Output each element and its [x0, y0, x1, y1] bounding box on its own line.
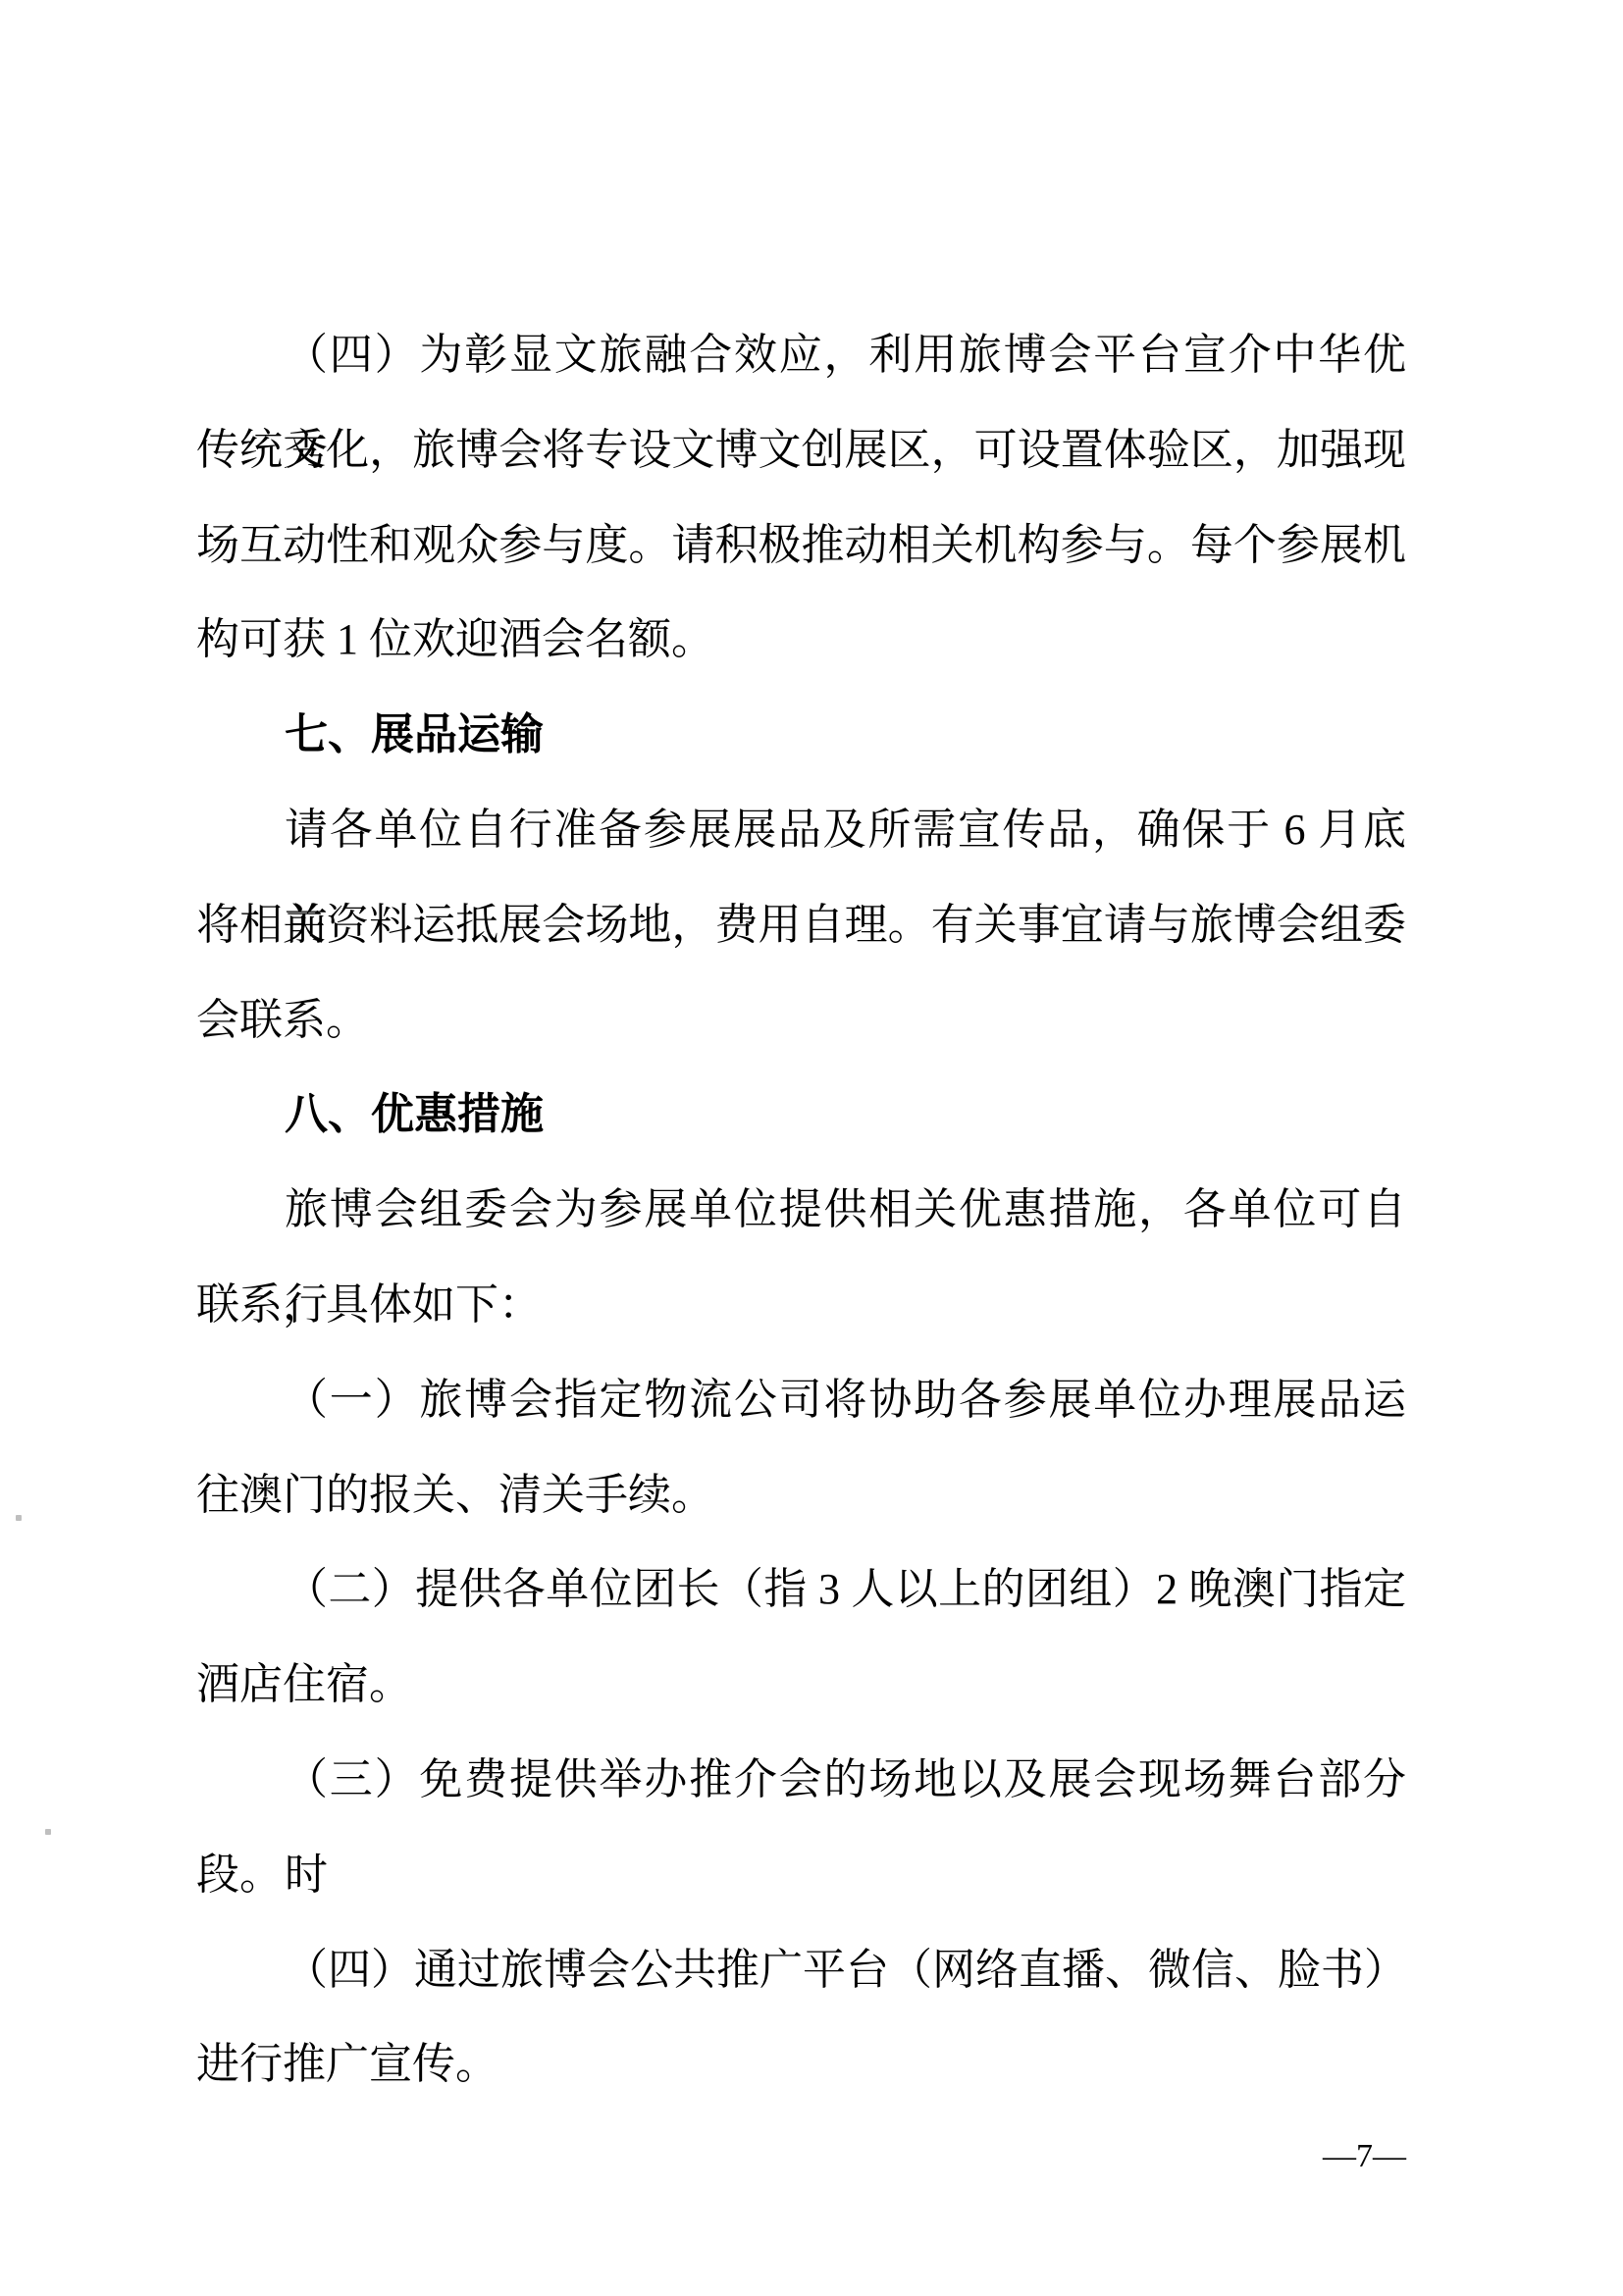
text-line: （二）提供各单位团长（指 3 人以上的团组）2 晚澳门指定	[196, 1542, 1406, 1638]
paragraph: （一）旅博会指定物流公司将协助各参展单位办理展品运往澳门的报关、清关手续。	[196, 1353, 1406, 1543]
text-line: 请各单位自行准备参展展品及所需宣传品，确保于 6 月底前	[196, 783, 1406, 878]
text-line: 会联系。	[196, 973, 1406, 1069]
scan-speckle	[45, 1829, 51, 1835]
text-line: 进行推广宣传。	[196, 2017, 1406, 2113]
text-line: 旅博会组委会为参展单位提供相关优惠措施，各单位可自行	[196, 1163, 1406, 1258]
document-page: （四）为彰显文旅融合效应，利用旅博会平台宣介中华优秀传统文化，旅博会将专设文博文…	[0, 0, 1623, 2296]
text-line: 联系，具体如下：	[196, 1258, 1406, 1353]
text-line: 往澳门的报关、清关手续。	[196, 1448, 1406, 1543]
paragraph: 旅博会组委会为参展单位提供相关优惠措施，各单位可自行联系，具体如下：	[196, 1163, 1406, 1353]
paragraph: （二）提供各单位团长（指 3 人以上的团组）2 晚澳门指定酒店住宿。	[196, 1542, 1406, 1733]
text-line: 酒店住宿。	[196, 1638, 1406, 1733]
text-line: 场互动性和观众参与度。请积极推动相关机构参与。每个参展机	[196, 498, 1406, 594]
text-line: （三）免费提供举办推介会的场地以及展会现场舞台部分时	[196, 1733, 1406, 1828]
section-heading: 八、优惠措施	[196, 1068, 1406, 1163]
paragraph: 请各单位自行准备参展展品及所需宣传品，确保于 6 月底前将相关资料运抵展会场地，…	[196, 783, 1406, 1068]
section-heading: 七、展品运输	[196, 688, 1406, 783]
paragraph: （四）通过旅博会公共推广平台（网络直播、微信、脸书）进行推广宣传。	[196, 1923, 1406, 2113]
text-line: 八、优惠措施	[196, 1068, 1406, 1163]
paragraph: （四）为彰显文旅融合效应，利用旅博会平台宣介中华优秀传统文化，旅博会将专设文博文…	[196, 308, 1406, 688]
text-line: 构可获 1 位欢迎酒会名额。	[196, 593, 1406, 688]
text-column: （四）为彰显文旅融合效应，利用旅博会平台宣介中华优秀传统文化，旅博会将专设文博文…	[196, 308, 1406, 2113]
text-line: 七、展品运输	[196, 688, 1406, 783]
scan-speckle	[16, 1515, 22, 1521]
page-number: —7—	[1323, 2137, 1406, 2176]
text-line: 传统文化，旅博会将专设文博文创展区，可设置体验区，加强现	[196, 403, 1406, 498]
text-line: （四）通过旅博会公共推广平台（网络直播、微信、脸书）	[196, 1923, 1406, 2018]
text-line: 段。	[196, 1828, 1406, 1923]
text-line: （一）旅博会指定物流公司将协助各参展单位办理展品运	[196, 1353, 1406, 1448]
text-line: （四）为彰显文旅融合效应，利用旅博会平台宣介中华优秀	[196, 308, 1406, 403]
text-line: 将相关资料运抵展会场地，费用自理。有关事宜请与旅博会组委	[196, 878, 1406, 973]
paragraph: （三）免费提供举办推介会的场地以及展会现场舞台部分时段。	[196, 1733, 1406, 1923]
